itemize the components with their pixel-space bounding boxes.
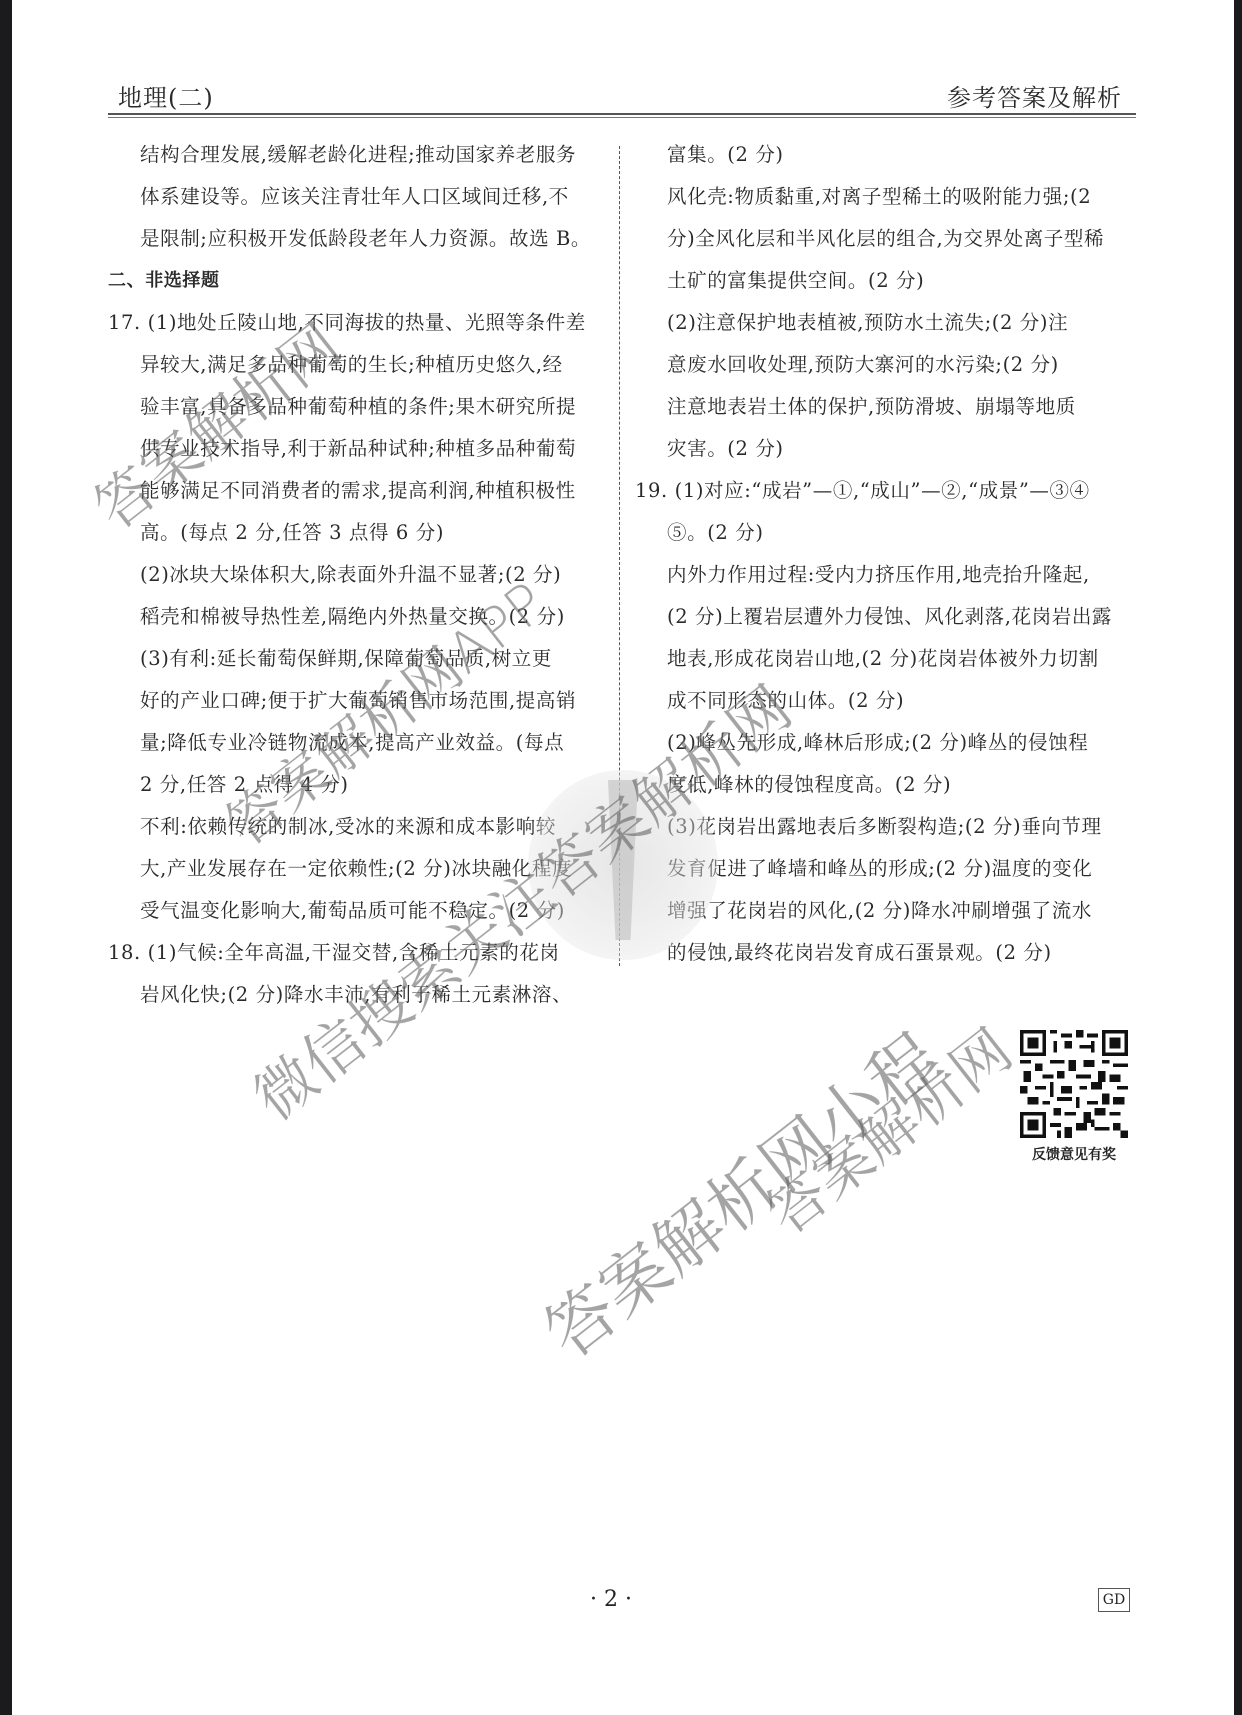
section-heading: 二、非选择题 — [108, 268, 220, 294]
text-line: 灾害。(2 分) — [667, 436, 784, 462]
document-page: 地理(二) 参考答案及解析 结构合理发展,缓解老龄化进程;推动国家养老服务 体系… — [12, 0, 1234, 1715]
text-line: 注意地表岩土体的保护,预防滑坡、崩塌等地质 — [667, 394, 1076, 420]
subject-title: 地理(二) — [118, 78, 214, 113]
header-rule-thin — [108, 117, 1136, 118]
text-line: (2 分)上覆岩层遭外力侵蚀、风化剥落,花岗岩出露 — [667, 604, 1112, 630]
watermark-text: 答案解析网 — [74, 300, 354, 545]
text-line: 体系建设等。应该关注青壮年人口区域间迁移,不 — [140, 184, 569, 210]
text-line: 意废水回收处理,预防大寨河的水污染;(2 分) — [667, 352, 1059, 378]
text-line: 风化壳:物质黏重,对离子型稀土的吸附能力强;(2 — [667, 184, 1091, 210]
question-19-line: 19. (1)对应:“成岩”—①,“成山”—②,“成景”—③④ — [635, 478, 1090, 504]
text-line: 结构合理发展,缓解老龄化进程;推动国家养老服务 — [140, 142, 576, 168]
text-line: 发育促进了峰墙和峰丛的形成;(2 分)温度的变化 — [667, 856, 1092, 882]
text-line: 内外力作用过程:受内力挤压作用,地壳抬升隆起, — [667, 562, 1090, 588]
text-line: 的侵蚀,最终花岗岩发育成石蛋景观。(2 分) — [667, 940, 1052, 966]
section-title: 参考答案及解析 — [947, 78, 1122, 113]
text-line: (3)花岗岩出露地表后多断裂构造;(2 分)垂向节理 — [667, 814, 1102, 840]
watermark-text: 答案解析网小程 — [522, 1007, 957, 1377]
edition-code-badge: GD — [1098, 1588, 1130, 1612]
question-17-line: 17. (1)地处丘陵山地,不同海拔的热量、光照等条件差 — [108, 310, 586, 336]
text-line: (2)注意保护地表植被,预防水土流失;(2 分)注 — [667, 310, 1068, 336]
text-line: 分)全风化层和半风化层的组合,为交界处离子型稀 — [667, 226, 1104, 252]
text-line: 土矿的富集提供空间。(2 分) — [667, 268, 924, 294]
text-line: 高。(每点 2 分,任答 3 点得 6 分) — [140, 520, 444, 546]
qr-code-icon[interactable] — [1015, 1030, 1133, 1138]
header-rule — [108, 113, 1136, 115]
text-line: 地表,形成花岗岩山地,(2 分)花岗岩体被外力切割 — [667, 646, 1099, 672]
text-line: 是限制;应积极开发低龄段老年人力资源。故选 B。 — [140, 226, 591, 252]
qr-code-label: 反馈意见有奖 — [1012, 1144, 1136, 1164]
text-line: 不利:依赖传统的制冰,受冰的来源和成本影响较 — [140, 814, 556, 840]
text-line: 富集。(2 分) — [667, 142, 784, 168]
text-line: ⑤。(2 分) — [667, 520, 764, 546]
page-number: · 2 · — [590, 1587, 632, 1612]
text-line: 增强了花岗岩的风化,(2 分)降水冲刷增强了流水 — [667, 898, 1092, 924]
